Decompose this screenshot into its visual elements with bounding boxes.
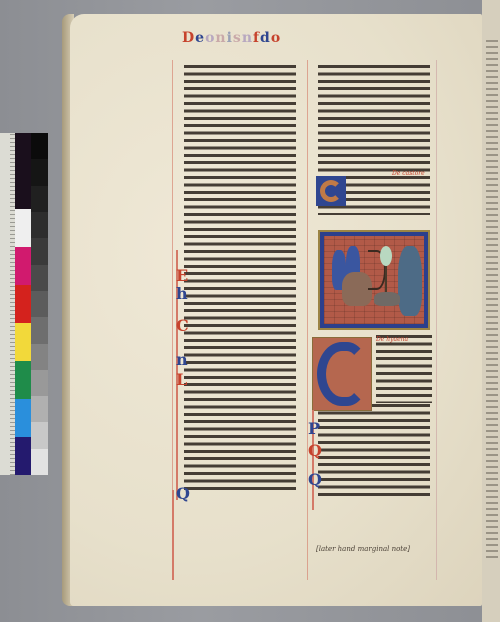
heading-letter: n: [242, 30, 253, 46]
color-patch: [15, 171, 31, 209]
gray-patch: [31, 344, 48, 370]
decorated-initial-e: [312, 337, 372, 411]
heading-letter: o: [205, 30, 215, 46]
margin-capital: L: [176, 372, 187, 388]
margin-capital: E: [176, 268, 188, 284]
margin-capital: n: [176, 352, 188, 368]
color-patch: [15, 247, 31, 285]
heading-letter: D: [182, 30, 195, 46]
illuminated-miniature: [318, 230, 430, 330]
color-patch: [15, 437, 31, 475]
gray-patch: [31, 133, 48, 159]
gray-patch: [31, 370, 48, 396]
rubric-heading: De castore: [392, 170, 425, 177]
gray-patch: [31, 317, 48, 343]
rubric-heading: De hyaena: [376, 336, 408, 343]
margin-capital: h: [176, 286, 188, 302]
heading-letter: f: [253, 30, 260, 46]
text-column-right-beside-initial: [376, 335, 432, 403]
running-heading: Deonisnfdo: [182, 30, 281, 46]
gray-patch: [31, 238, 48, 264]
margin-capital: C: [176, 318, 189, 334]
color-patch: [15, 285, 31, 323]
margin-capital: Q: [308, 472, 322, 488]
tree-icon: [380, 246, 392, 266]
dog-figure: [374, 292, 400, 306]
grayscale-patches: [31, 133, 48, 475]
gray-patch: [31, 396, 48, 422]
gray-patch: [31, 159, 48, 185]
decorated-initial-c: [316, 176, 346, 206]
hooded-figure: [398, 246, 422, 316]
color-patches: [15, 133, 31, 475]
ruling-line: [307, 60, 308, 580]
heading-letter: d: [260, 30, 271, 46]
measurement-ruler: [0, 133, 15, 475]
color-calibration-target: [0, 133, 48, 475]
color-patch: [15, 361, 31, 399]
gray-patch: [31, 422, 48, 448]
margin-capital: Q: [176, 486, 190, 502]
color-patch: [15, 209, 31, 247]
marginal-annotation: [later hand marginal note]: [316, 545, 410, 553]
color-patch: [15, 133, 31, 171]
ruling-line: [436, 60, 437, 580]
facing-page-text: [486, 40, 498, 560]
color-patch: [15, 323, 31, 361]
text-column-right-lower: [318, 404, 430, 499]
pen-flourish: [172, 490, 174, 580]
margin-capital: P: [308, 421, 320, 437]
margin-capital: Q: [308, 443, 322, 459]
heading-letter: o: [271, 30, 281, 46]
heading-letter: s: [233, 30, 242, 46]
gray-patch: [31, 186, 48, 212]
gray-patch: [31, 291, 48, 317]
text-column-left: [184, 65, 296, 493]
gray-patch: [31, 212, 48, 238]
gray-patch: [31, 449, 48, 475]
heading-letter: e: [195, 30, 205, 46]
color-patch: [15, 399, 31, 437]
heading-letter: n: [215, 30, 226, 46]
gray-patch: [31, 265, 48, 291]
